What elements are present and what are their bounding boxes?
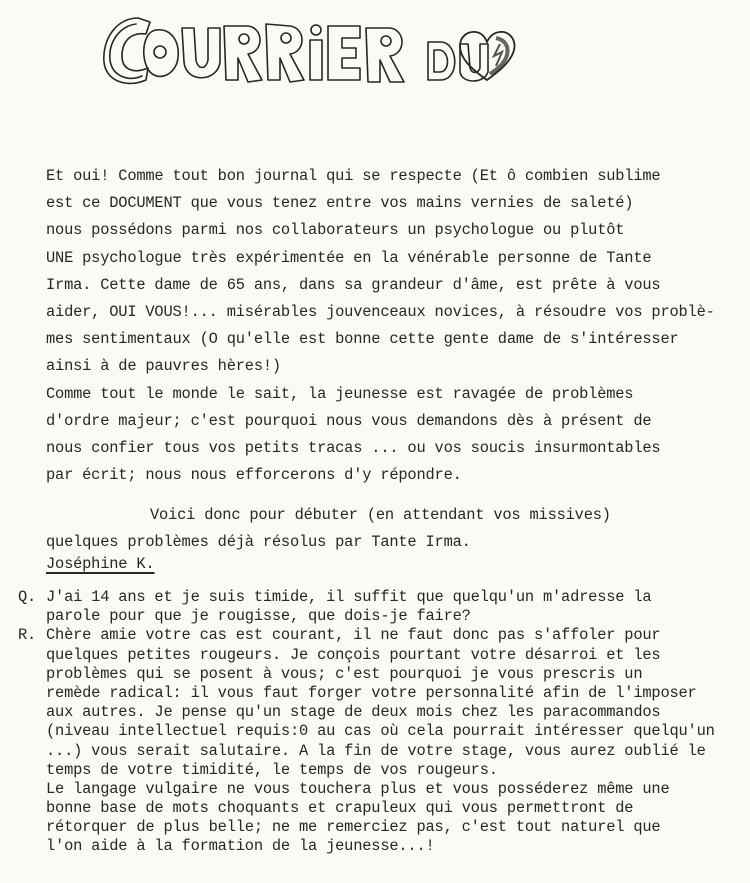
intro-paragraph: Et oui! Comme tout bon journal qui se re… [46, 163, 746, 557]
heart-icon [456, 28, 518, 84]
text-line: mes sentimentaux (O qu'elle est bonne ce… [46, 326, 746, 353]
text-line: quelques petites rougeurs. Je conçois po… [46, 646, 715, 665]
text-line: bonne base de mots choquants et crapuleu… [46, 799, 715, 818]
text-line: remède radical: il vous faut forger votr… [46, 684, 715, 703]
text-line: rétorquer de plus belle; ne me remerciez… [46, 818, 715, 837]
text-line: ainsi à de pauvres hères!) [46, 353, 746, 380]
typewritten-page: COURRIER DU [0, 0, 750, 883]
text-line: temps de votre timidité, le temps de vos… [46, 761, 715, 780]
question-answer-section: Q. J'ai 14 ans et je suis timide, il suf… [18, 588, 748, 857]
masthead-lettering [98, 10, 518, 90]
paragraph-gap [46, 489, 746, 502]
text-line: aux autres. Je pense qu'un stage de deux… [46, 703, 715, 722]
text-line: ...) vous serait salutaire. A la fin de … [46, 742, 715, 761]
text-line: (niveau intellectuel requis:0 au cas où … [46, 722, 715, 741]
question-block: Q. J'ai 14 ans et je suis timide, il suf… [18, 588, 748, 626]
answer-block: R. Chère amie votre cas est courant, il … [18, 626, 748, 856]
transition-line: quelques problèmes déjà résolus par Tant… [46, 529, 746, 556]
text-line: nous possédons parmi nos collaborateurs … [46, 217, 746, 244]
text-line: par écrit; nous nous efforcerons d'y rép… [46, 462, 746, 489]
text-line: Irma. Cette dame de 65 ans, dans sa gran… [46, 272, 746, 299]
text-line: Chère amie votre cas est courant, il ne … [46, 626, 715, 645]
text-line: est ce DOCUMENT que vous tenez entre vos… [46, 190, 746, 217]
text-line: Le langage vulgaire ne vous touchera plu… [46, 780, 715, 799]
text-line: Comme tout le monde le sait, la jeunesse… [46, 381, 746, 408]
text-line: parole pour que je rougisse, que dois-je… [46, 607, 651, 626]
text-line: d'ordre majeur; c'est pourquoi nous vous… [46, 408, 746, 435]
masthead: COURRIER DU [98, 10, 518, 90]
signature: Joséphine K. [46, 554, 154, 574]
text-line: J'ai 14 ans et je suis timide, il suffit… [46, 588, 651, 607]
text-line: Et oui! Comme tout bon journal qui se re… [46, 163, 746, 190]
answer-marker: R. [18, 626, 46, 856]
text-line: aider, OUI VOUS!... misérables jouvencea… [46, 299, 746, 326]
question-marker: Q. [18, 588, 46, 626]
text-line: problèmes qui se posent à vous; c'est po… [46, 665, 715, 684]
text-line: UNE psychologue très expérimentée en la … [46, 245, 746, 272]
text-line: nous confier tous vos petits tracas ... … [46, 435, 746, 462]
transition-line: Voici donc pour débuter (en attendant vo… [46, 502, 746, 529]
text-line: l'on aide à la formation de la jeunesse.… [46, 837, 715, 856]
